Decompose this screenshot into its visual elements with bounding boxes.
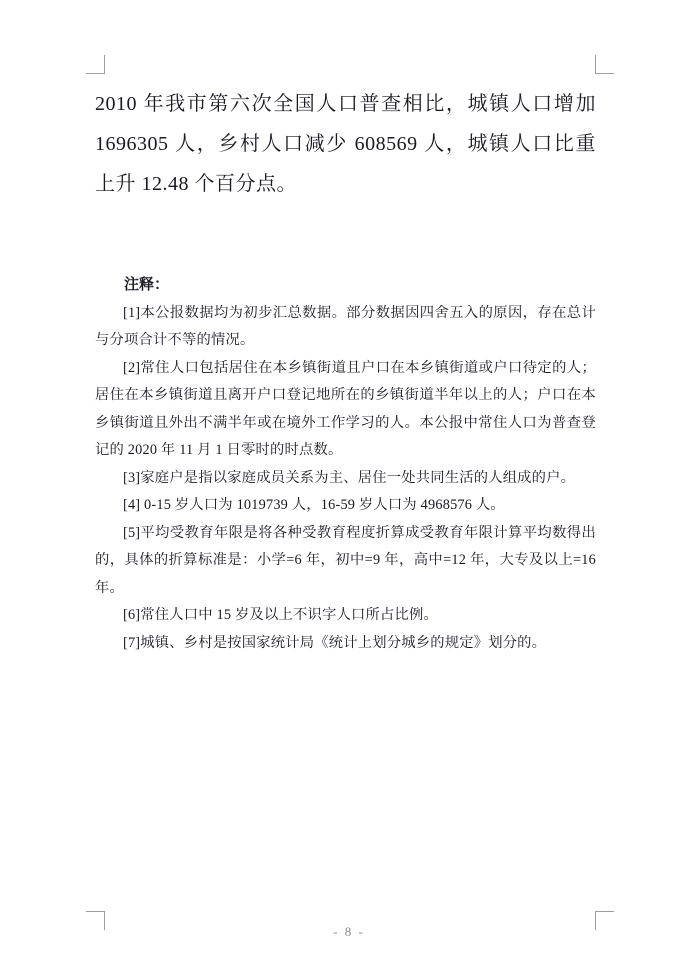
page-body: 2010 年我市第六次全国人口普查相比，城镇人口增加 1696305 人，乡村人… bbox=[95, 84, 596, 657]
body-paragraph: 2010 年我市第六次全国人口普查相比，城镇人口增加 1696305 人，乡村人… bbox=[95, 84, 596, 204]
margin-mark-top-left-icon bbox=[86, 55, 105, 74]
note-item-3: [3]家庭户是指以家庭成员关系为主、居住一处共同生活的人组成的户。 bbox=[95, 465, 596, 493]
margin-mark-top-right-icon bbox=[595, 55, 614, 74]
notes-section: 注释： [1]本公报数据均为初步汇总数据。部分数据因四舍五入的原因，存在总计与分… bbox=[95, 272, 596, 657]
note-item-1: [1]本公报数据均为初步汇总数据。部分数据因四舍五入的原因，存在总计与分项合计不… bbox=[95, 300, 596, 355]
document-page: 2010 年我市第六次全国人口普查相比，城镇人口增加 1696305 人，乡村人… bbox=[0, 0, 698, 980]
note-item-5: [5]平均受教育年限是将各种受教育程度折算成受教育年限计算平均数得出的，具体的折… bbox=[95, 520, 596, 603]
page-number: - 8 - bbox=[0, 923, 698, 941]
note-item-4: [4] 0-15 岁人口为 1019739 人，16-59 岁人口为 49685… bbox=[95, 492, 596, 520]
notes-heading: 注释： bbox=[95, 272, 596, 300]
note-item-2: [2]常住人口包括居住在本乡镇街道且户口在本乡镇街道或户口待定的人；居住在本乡镇… bbox=[95, 355, 596, 465]
note-item-6: [6]常住人口中 15 岁及以上不识字人口所占比例。 bbox=[95, 602, 596, 630]
note-item-7: [7]城镇、乡村是按国家统计局《统计上划分城乡的规定》划分的。 bbox=[95, 630, 596, 658]
